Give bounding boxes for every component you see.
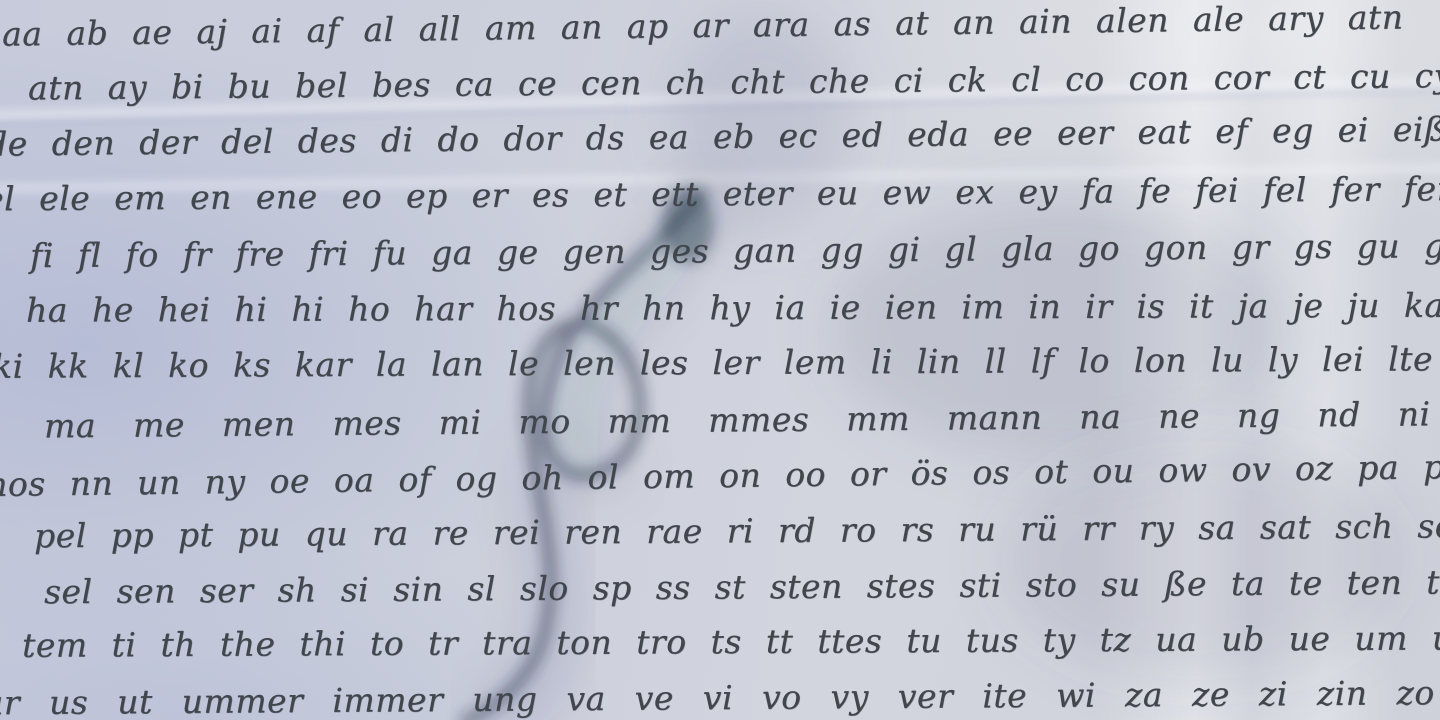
specimen-line: ur us ut ummer immer ung va ve vi vo vy … xyxy=(0,673,1440,720)
specimen-line: atn ay bi bu bel bes ca ce cen ch cht ch… xyxy=(28,55,1440,107)
specimen-line: ki kk kl ko ks kar la lan le len les ler… xyxy=(0,339,1433,386)
specimen-line: ma me men mes mi mo mm mmes mm mann na n… xyxy=(44,394,1440,446)
paper-background: aa ab ae aj ai af al all am an ap ar ara… xyxy=(0,0,1440,720)
specimen-line: el ele em en ene eo ep er es et ett eter… xyxy=(0,169,1440,219)
specimen-line: sel sen ser sh si sin sl slo sp ss st st… xyxy=(44,562,1440,612)
specimen-line: fi fl fo fr fre fri fu ga ge gen ges gan… xyxy=(30,226,1440,275)
specimen-line: aa ab ae aj ai af al all am an ap ar ara… xyxy=(2,0,1404,54)
specimen-line: pel pp pt pu qu ra re rei ren rae ri rd … xyxy=(34,506,1440,555)
specimen-line: de den der del des di do dor ds ea eb ec… xyxy=(0,109,1440,163)
specimen-line: ha he hei hi hi ho har hos hr hn hy ia i… xyxy=(26,285,1440,329)
specimen-line: nos nn un ny oe oa of og oh ol om on oo … xyxy=(0,447,1440,504)
specimen-line: tem ti th the thi to tr tra ton tro ts t… xyxy=(22,618,1440,665)
specimen-text: aa ab ae aj ai af al all am an ap ar ara… xyxy=(0,0,1440,720)
